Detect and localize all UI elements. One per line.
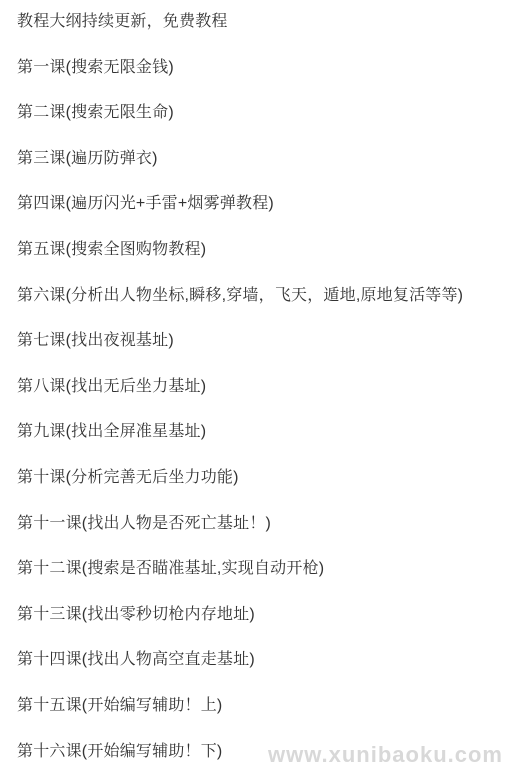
lesson-line-12: 第十二课(搜索是否瞄准基址,实现自动开枪) bbox=[17, 560, 505, 577]
site-watermark: www.xunibaoku.com bbox=[268, 742, 503, 768]
course-outline-document: 教程大纲持续更新，免费教程 第一课(搜索无限金钱) 第二课(搜索无限生命) 第三… bbox=[0, 0, 505, 760]
lesson-line-14: 第十四课(找出人物高空直走基址) bbox=[17, 651, 505, 668]
lesson-line-2: 第二课(搜索无限生命) bbox=[17, 104, 505, 121]
lesson-line-7: 第七课(找出夜视基址) bbox=[17, 332, 505, 349]
lesson-line-11: 第十一课(找出人物是否死亡基址！) bbox=[17, 515, 505, 532]
lesson-line-13: 第十三课(找出零秒切枪内存地址) bbox=[17, 606, 505, 623]
outline-header: 教程大纲持续更新，免费教程 bbox=[17, 13, 505, 30]
lesson-line-15: 第十五课(开始编写辅助！上) bbox=[17, 697, 505, 714]
lesson-line-10: 第十课(分析完善无后坐力功能) bbox=[17, 469, 505, 486]
lesson-line-6: 第六课(分析出人物坐标,瞬移,穿墙，飞天，遁地,原地复活等等) bbox=[17, 287, 505, 304]
lesson-line-1: 第一课(搜索无限金钱) bbox=[17, 59, 505, 76]
lesson-line-4: 第四课(遍历闪光+手雷+烟雾弹教程) bbox=[17, 195, 505, 212]
lesson-line-9: 第九课(找出全屏准星基址) bbox=[17, 423, 505, 440]
course-outline-page: 教程大纲持续更新，免费教程 第一课(搜索无限金钱) 第二课(搜索无限生命) 第三… bbox=[0, 0, 505, 770]
lesson-line-8: 第八课(找出无后坐力基址) bbox=[17, 378, 505, 395]
lesson-line-3: 第三课(遍历防弹衣) bbox=[17, 150, 505, 167]
lesson-line-5: 第五课(搜索全图购物教程) bbox=[17, 241, 505, 258]
